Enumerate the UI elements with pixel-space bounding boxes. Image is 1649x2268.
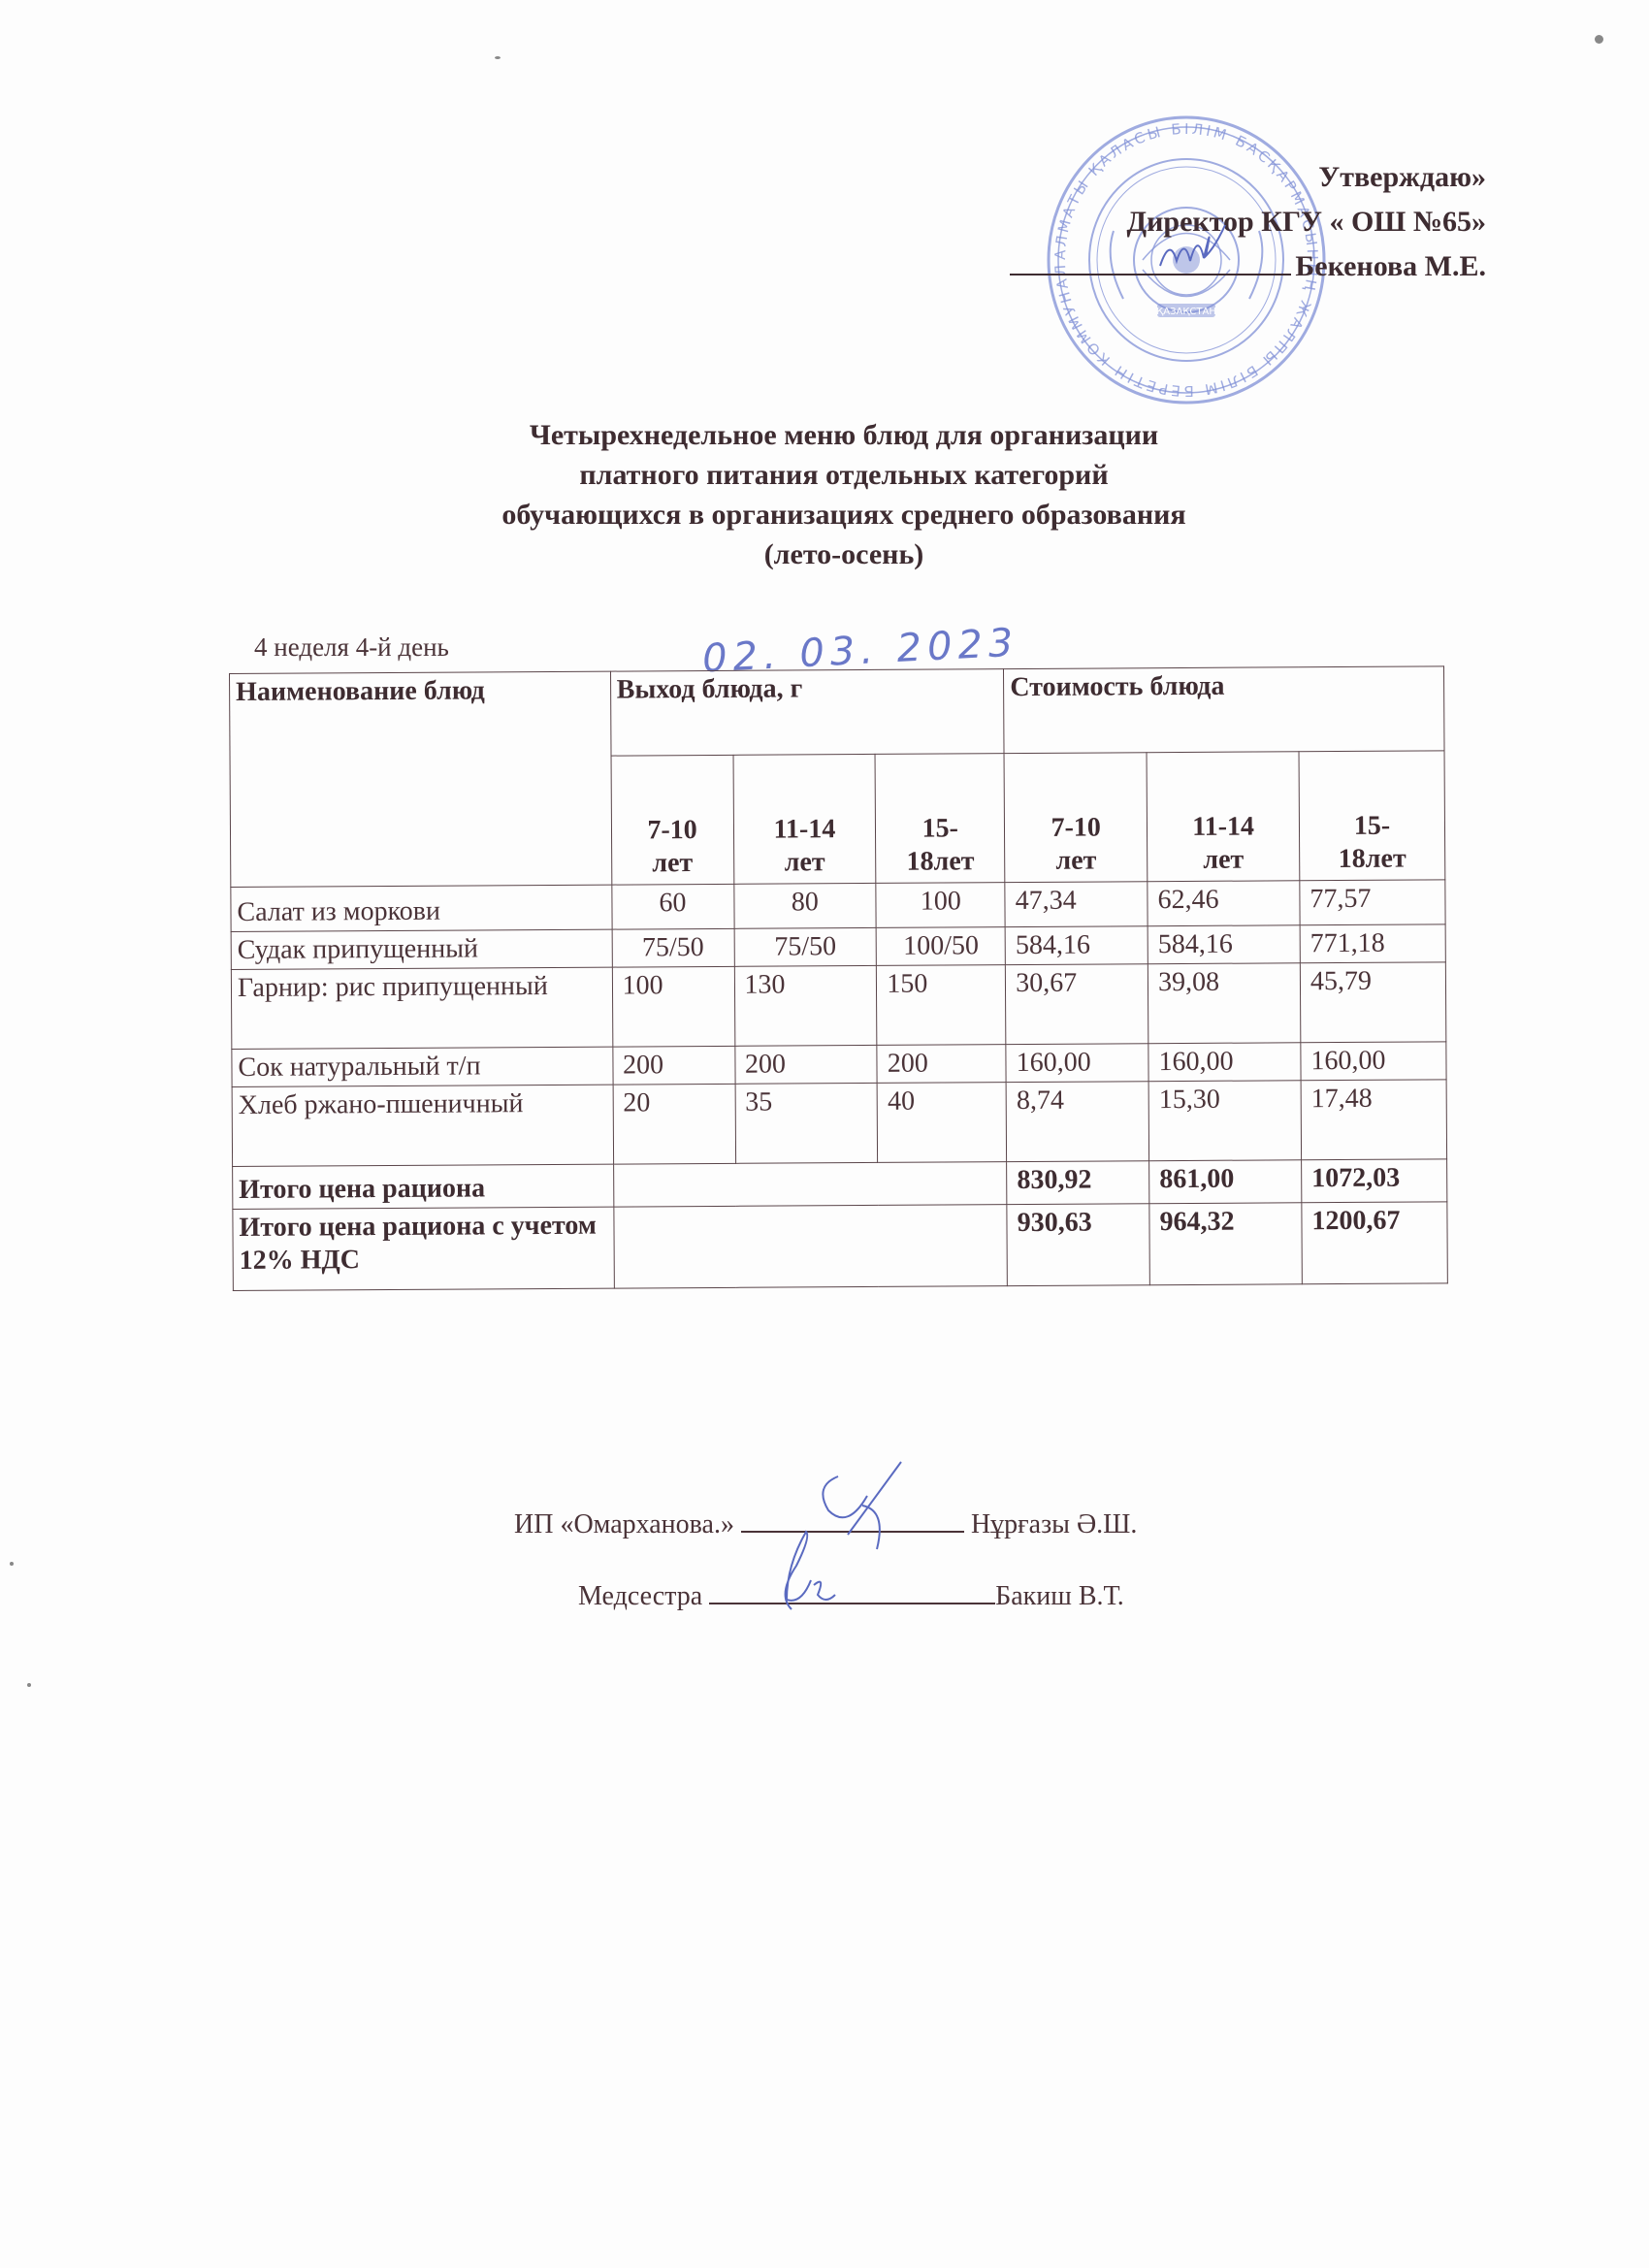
total-vat-cost-cell: 930,63 bbox=[1007, 1204, 1149, 1286]
yield-cell: 40 bbox=[877, 1083, 1006, 1163]
total-vat-label: Итого цена рациона с учетом 12% НДС bbox=[233, 1207, 614, 1290]
total-vat-row: Итого цена рациона с учетом 12% НДС 930,… bbox=[233, 1202, 1447, 1291]
nurse-label: Медсестра bbox=[578, 1581, 702, 1611]
director-name: Бекенова М.Е. bbox=[1295, 250, 1486, 282]
director-signature-icon bbox=[1155, 217, 1233, 275]
cost-cell: 62,46 bbox=[1148, 881, 1300, 926]
cost-cell: 17,48 bbox=[1301, 1080, 1446, 1160]
supplier-label: ИП «Омарханова.» bbox=[514, 1509, 734, 1539]
yield-cell: 80 bbox=[733, 883, 876, 928]
nurse-signature-icon bbox=[758, 1527, 855, 1614]
header-row: Наименование блюд Выход блюда, г Стоимос… bbox=[230, 666, 1445, 759]
yield-cell: 20 bbox=[613, 1084, 735, 1164]
scan-speck bbox=[1595, 35, 1603, 44]
season-subtitle: (лето-осень) bbox=[39, 535, 1649, 574]
document-title: Четырехнедельное меню блюд для организац… bbox=[0, 415, 1649, 574]
nurse-signature-row: Медсестра Бакиш В.Т. bbox=[514, 1561, 1137, 1633]
total-row: Итого цена рациона 830,92 861,00 1072,03 bbox=[233, 1159, 1447, 1210]
director-signature-line[interactable] bbox=[1010, 246, 1291, 275]
dish-name: Салат из моркови bbox=[231, 885, 612, 931]
menu-table: Наименование блюд Выход блюда, г Стоимос… bbox=[229, 665, 1448, 1291]
cost-cell: 30,67 bbox=[1006, 964, 1148, 1045]
cost-cell: 45,79 bbox=[1300, 962, 1445, 1043]
approval-block: Утверждаю» Директор КГУ « ОШ №65» Бекено… bbox=[1010, 155, 1486, 289]
yield-cell: 60 bbox=[611, 884, 733, 929]
table-row: Гарнир: рис припущенный 100 130 150 30,6… bbox=[231, 962, 1445, 1050]
cost-cell: 15,30 bbox=[1148, 1081, 1301, 1161]
scan-speck bbox=[495, 56, 501, 59]
cost-cell: 8,74 bbox=[1006, 1082, 1148, 1162]
header-cost-age-15-18: 15-18лет bbox=[1299, 751, 1445, 881]
yield-cell: 150 bbox=[877, 965, 1006, 1046]
total-label: Итого цена рациона bbox=[233, 1164, 614, 1209]
yield-cell: 130 bbox=[734, 965, 877, 1046]
cost-cell: 160,00 bbox=[1301, 1042, 1446, 1081]
title-line: Четырехнедельное меню блюд для организац… bbox=[39, 415, 1649, 455]
table-row: Салат из моркови 60 80 100 47,34 62,46 7… bbox=[231, 880, 1445, 932]
cost-cell: 584,16 bbox=[1005, 926, 1148, 965]
nurse-name: Бакиш В.Т. bbox=[995, 1581, 1124, 1611]
header-yield-age-7-10: 7-10лет bbox=[611, 755, 734, 885]
cost-cell: 160,00 bbox=[1148, 1043, 1301, 1082]
signatures-block: ИП «Омарханова.» Нұрғазы Ә.Ш. Медсестра … bbox=[514, 1489, 1137, 1633]
header-cost-age-11-14: 11-14лет bbox=[1147, 752, 1300, 882]
cost-cell: 160,00 bbox=[1006, 1044, 1148, 1083]
yield-cell: 75/50 bbox=[734, 927, 877, 966]
total-cost-cell: 1072,03 bbox=[1302, 1159, 1447, 1203]
cost-cell: 47,34 bbox=[1005, 882, 1148, 927]
director-signature-row: Бекенова М.Е. bbox=[1010, 244, 1486, 289]
director-position: Директор КГУ « ОШ №65» bbox=[1010, 200, 1486, 244]
header-yield: Выход блюда, г bbox=[610, 669, 1004, 756]
cost-cell: 77,57 bbox=[1300, 880, 1445, 925]
yield-cell: 200 bbox=[734, 1045, 877, 1084]
svg-text:ҚАЗАҚСТАН: ҚАЗАҚСТАН bbox=[1156, 307, 1216, 317]
dish-name: Сок натуральный т/п bbox=[232, 1047, 613, 1086]
empty-cell bbox=[613, 1162, 1007, 1207]
header-dish-name: Наименование блюд bbox=[230, 671, 612, 887]
cost-cell: 39,08 bbox=[1148, 963, 1301, 1044]
yield-cell: 200 bbox=[612, 1046, 734, 1085]
yield-cell: 100 bbox=[612, 966, 734, 1047]
total-cost-cell: 861,00 bbox=[1149, 1160, 1302, 1204]
header-cost: Стоимость блюда bbox=[1004, 666, 1444, 754]
cost-cell: 771,18 bbox=[1300, 924, 1445, 963]
empty-cell bbox=[613, 1205, 1007, 1288]
yield-cell: 35 bbox=[735, 1083, 878, 1163]
dish-name: Гарнир: рис припущенный bbox=[231, 967, 612, 1049]
supplier-name: Нұрғазы Ә.Ш. bbox=[971, 1509, 1137, 1539]
dish-name: Хлеб ржано-пшеничный bbox=[232, 1085, 613, 1166]
scan-speck bbox=[10, 1562, 14, 1566]
total-vat-cost-cell: 1200,67 bbox=[1302, 1202, 1447, 1284]
approve-label: Утверждаю» bbox=[1010, 155, 1486, 200]
scan-speck bbox=[27, 1683, 31, 1687]
yield-cell: 200 bbox=[877, 1045, 1006, 1084]
total-vat-cost-cell: 964,32 bbox=[1149, 1203, 1302, 1285]
header-yield-age-11-14: 11-14лет bbox=[733, 754, 877, 884]
dish-name: Судак припущенный bbox=[231, 929, 612, 969]
nurse-signature-line[interactable] bbox=[709, 1579, 995, 1604]
table-row: Хлеб ржано-пшеничный 20 35 40 8,74 15,30… bbox=[232, 1080, 1446, 1167]
yield-cell: 100/50 bbox=[876, 927, 1005, 966]
cost-cell: 584,16 bbox=[1148, 925, 1300, 964]
title-line: платного питания отдельных категорий bbox=[39, 455, 1649, 495]
yield-cell: 100 bbox=[876, 883, 1005, 928]
header-cost-age-7-10: 7-10лет bbox=[1004, 753, 1148, 883]
week-day-label: 4 неделя 4-й день bbox=[254, 632, 449, 663]
total-cost-cell: 830,92 bbox=[1007, 1161, 1149, 1205]
yield-cell: 75/50 bbox=[612, 928, 734, 967]
header-yield-age-15-18: 15-18лет bbox=[875, 754, 1005, 884]
title-line: обучающихся в организациях среднего обра… bbox=[39, 495, 1649, 535]
